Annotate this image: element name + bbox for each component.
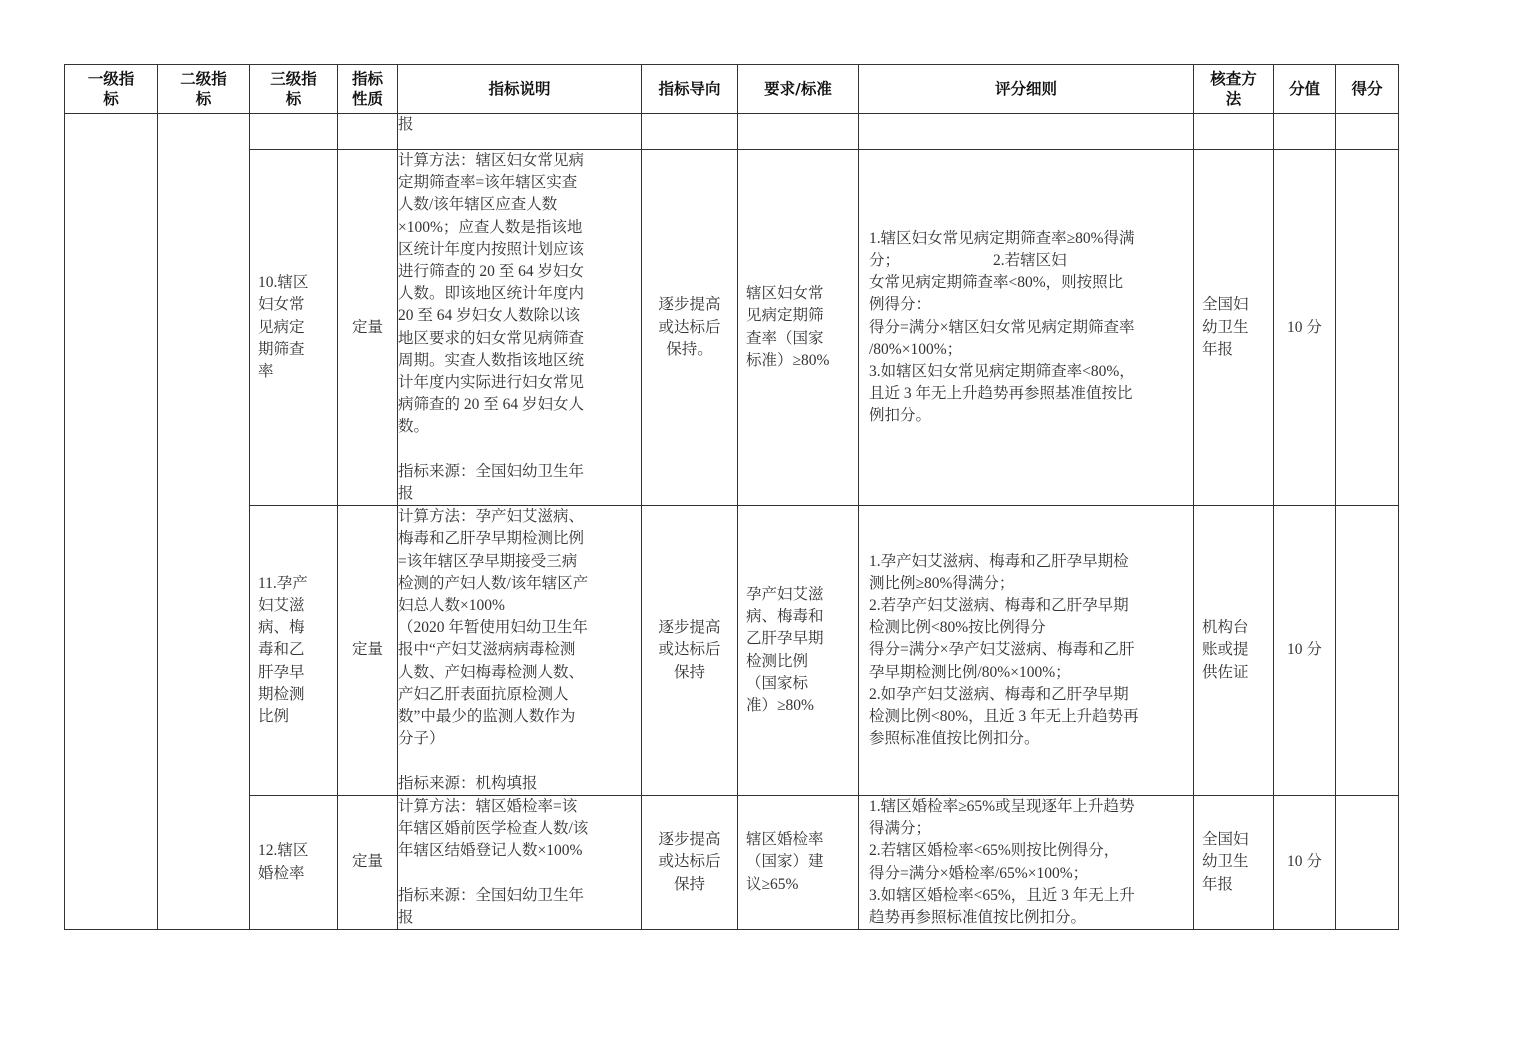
check-method-cell: [1194, 114, 1274, 150]
nature-cell: [338, 114, 398, 150]
standard-cell: [738, 114, 859, 150]
header-points: 分值: [1274, 65, 1336, 114]
description-cell: 计算方法：孕产妇艾滋病、 梅毒和乙肝孕早期检测比例 =该年辖区孕早期接受三病 检…: [398, 506, 642, 796]
header-standard: 要求/标准: [738, 65, 859, 114]
standard-cell: 辖区妇女常 见病定期筛 查率（国家 标准）≥80%: [738, 150, 859, 506]
points-cell: [1274, 114, 1336, 150]
level2-cell: [158, 114, 250, 930]
points-cell: 10 分: [1274, 506, 1336, 796]
direction-cell: [642, 114, 738, 150]
direction-cell: 逐步提高 或达标后 保持。: [642, 150, 738, 506]
score-cell[interactable]: [1336, 795, 1399, 929]
header-score: 得分: [1336, 65, 1399, 114]
scoring-cell: [859, 114, 1194, 150]
score-cell[interactable]: [1336, 506, 1399, 796]
indicator-cell: 12.辖区 婚检率: [250, 795, 338, 929]
header-nature: 指标 性质: [338, 65, 398, 114]
scoring-cell: 1.孕产妇艾滋病、梅毒和乙肝孕早期检 测比例≥80%得满分； 2.若孕产妇艾滋病…: [859, 506, 1194, 796]
nature-cell: 定量: [338, 506, 398, 796]
scoring-cell: 1.辖区婚检率≥65%或呈现逐年上升趋势 得满分； 2.若辖区婚检率<65%则按…: [859, 795, 1194, 929]
description-cell: 计算方法：辖区婚检率=该 年辖区婚前医学检查人数/该 年辖区结婚登记人数×100…: [398, 795, 642, 929]
header-level2: 二级指 标: [158, 65, 250, 114]
indicator-cell: 10.辖区 妇女常 见病定 期筛查 率: [250, 150, 338, 506]
header-direction: 指标导向: [642, 65, 738, 114]
standard-cell: 辖区婚检率 （国家）建 议≥65%: [738, 795, 859, 929]
check-method-cell: 全国妇 幼卫生 年报: [1194, 150, 1274, 506]
standard-cell: 孕产妇艾滋 病、梅毒和 乙肝孕早期 检测比例 （国家标 准）≥80%: [738, 506, 859, 796]
check-method-cell: 机构台 账或提 供佐证: [1194, 506, 1274, 796]
level3-cell: [250, 114, 338, 150]
scoring-cell: 1.辖区妇女常见病定期筛查率≥80%得满 分； 2.若辖区妇 女常见病定期筛查率…: [859, 150, 1194, 506]
header-scoring: 评分细则: [859, 65, 1194, 114]
level1-cell: [65, 114, 158, 930]
header-description: 指标说明: [398, 65, 642, 114]
table-row-10: 10.辖区 妇女常 见病定 期筛查 率 定量 计算方法：辖区妇女常见病 定期筛查…: [65, 150, 1399, 506]
score-cell: [1336, 114, 1399, 150]
nature-cell: 定量: [338, 150, 398, 506]
header-level1: 一级指 标: [65, 65, 158, 114]
header-row: 一级指 标 二级指 标 三级指 标 指标 性质 指标说明 指标导向 要求/标准 …: [65, 65, 1399, 114]
score-cell[interactable]: [1336, 150, 1399, 506]
indicator-table: 一级指 标 二级指 标 三级指 标 指标 性质 指标说明 指标导向 要求/标准 …: [64, 64, 1399, 930]
direction-cell: 逐步提高 或达标后 保持: [642, 795, 738, 929]
direction-cell: 逐步提高 或达标后 保持: [642, 506, 738, 796]
nature-cell: 定量: [338, 795, 398, 929]
description-cell: 报: [398, 114, 642, 150]
points-cell: 10 分: [1274, 795, 1336, 929]
points-cell: 10 分: [1274, 150, 1336, 506]
continuation-row: 报: [65, 114, 1399, 150]
header-level3: 三级指 标: [250, 65, 338, 114]
description-cell: 计算方法：辖区妇女常见病 定期筛查率=该年辖区实查 人数/该年辖区应查人数 ×1…: [398, 150, 642, 506]
header-check-method: 核查方 法: [1194, 65, 1274, 114]
table-row-12: 12.辖区 婚检率 定量 计算方法：辖区婚检率=该 年辖区婚前医学检查人数/该 …: [65, 795, 1399, 929]
check-method-cell: 全国妇 幼卫生 年报: [1194, 795, 1274, 929]
indicator-cell: 11.孕产 妇艾滋 病、梅 毒和乙 肝孕早 期检测 比例: [250, 506, 338, 796]
table-row-11: 11.孕产 妇艾滋 病、梅 毒和乙 肝孕早 期检测 比例 定量 计算方法：孕产妇…: [65, 506, 1399, 796]
